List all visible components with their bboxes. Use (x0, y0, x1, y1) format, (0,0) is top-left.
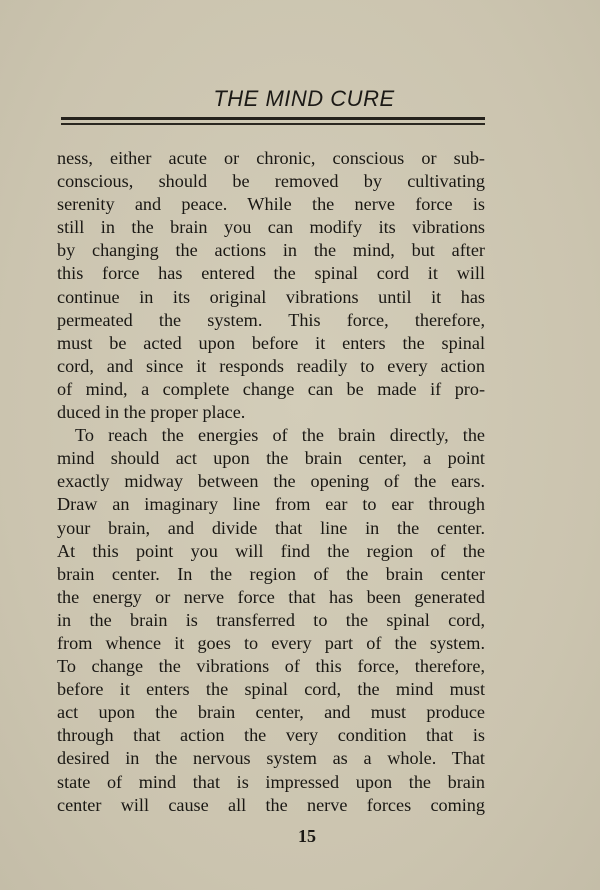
header-double-rule (61, 117, 485, 126)
text-line: of mind, a complete change can be made i… (57, 378, 485, 401)
running-head: THE MIND CURE (0, 86, 600, 112)
text-line: before it enters the spinal cord, the mi… (57, 678, 485, 701)
book-page: THE MIND CURE ness, either acute or chro… (0, 0, 600, 890)
text-line: by changing the actions in the mind, but… (57, 239, 485, 262)
text-line: in the brain is transferred to the spina… (57, 609, 485, 632)
text-line: desired in the nervous system as a whole… (57, 747, 485, 770)
text-line: ness, either acute or chronic, conscious… (57, 147, 485, 170)
text-line: must be acted upon before it enters the … (57, 332, 485, 355)
text-line: cord, and since it responds readily to e… (57, 355, 485, 378)
text-line: continue in its original vibrations unti… (57, 286, 485, 309)
text-line: center will cause all the nerve forces c… (57, 794, 485, 817)
text-line: Draw an imaginary line from ear to ear t… (57, 493, 485, 516)
text-line: At this point you will find the region o… (57, 540, 485, 563)
text-line: act upon the brain center, and must prod… (57, 701, 485, 724)
text-line: permeated the system. This force, theref… (57, 309, 485, 332)
text-line: exactly midway between the opening of th… (57, 470, 485, 493)
body-text: ness, either acute or chronic, conscious… (57, 147, 485, 817)
text-line: serenity and peace. While the nerve forc… (57, 193, 485, 216)
text-line: through that action the very condition t… (57, 724, 485, 747)
header-rule-thick (61, 117, 485, 120)
text-line: mind should act upon the brain center, a… (57, 447, 485, 470)
header-rule-thin (61, 123, 485, 125)
text-line: still in the brain you can modify its vi… (57, 216, 485, 239)
text-line: your brain, and divide that line in the … (57, 517, 485, 540)
text-line: state of mind that is impressed upon the… (57, 771, 485, 794)
text-line: from whence it goes to every part of the… (57, 632, 485, 655)
text-line: this force has entered the spinal cord i… (57, 262, 485, 285)
text-line: brain center. In the region of the brain… (57, 563, 485, 586)
page-number: 15 (0, 826, 600, 847)
text-line: the energy or nerve force that has been … (57, 586, 485, 609)
text-line: To change the vibrations of this force, … (57, 655, 485, 678)
text-line: duced in the proper place. (57, 401, 485, 424)
text-line: conscious, should be removed by cultivat… (57, 170, 485, 193)
paragraph-first-line: To reach the energies of the brain direc… (57, 424, 485, 447)
